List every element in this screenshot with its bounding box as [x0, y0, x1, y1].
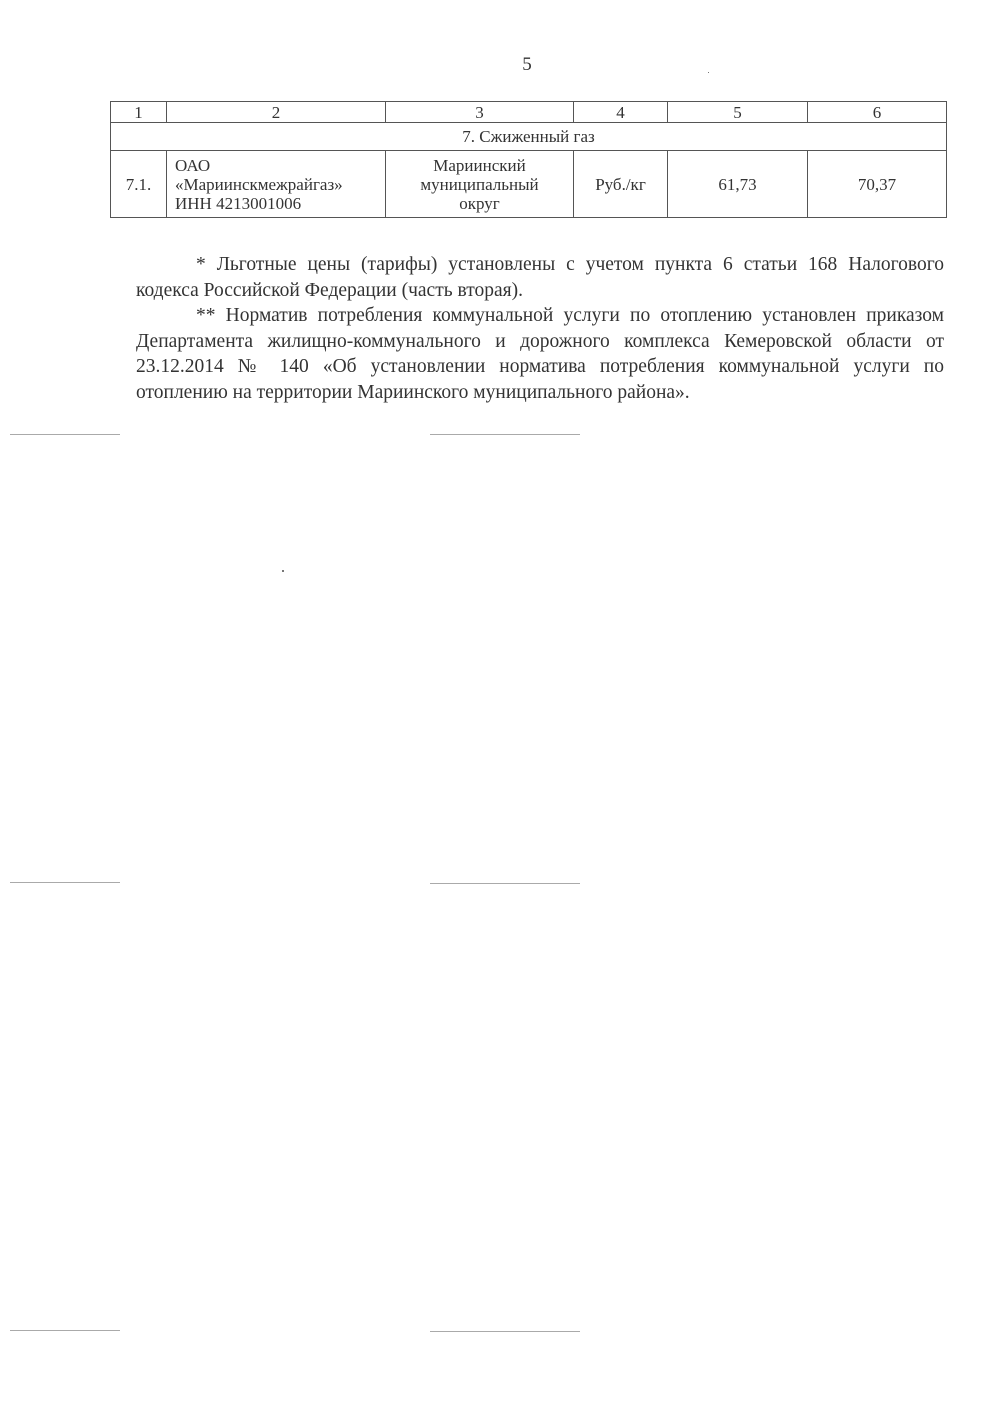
page-number: 5 [0, 54, 992, 76]
section-title: 7. Сжиженный газ [111, 123, 947, 151]
price-2-cell: 70,37 [808, 151, 947, 218]
scan-artifact-line [430, 883, 580, 884]
scan-artifact-line [430, 434, 580, 435]
territory-line-2: муниципальный [388, 175, 571, 194]
unit-cell: Руб./кг [574, 151, 668, 218]
tariff-table: 1 2 3 4 5 6 7. Сжиженный газ 7.1. ОАО «М… [110, 101, 947, 218]
table-section-row: 7. Сжиженный газ [111, 123, 947, 151]
footnote-2: ** Норматив потребления коммунальной усл… [136, 303, 944, 405]
scan-artifact-line [10, 1330, 120, 1331]
scan-artifact-dot [708, 72, 709, 73]
organization-type: ОАО [175, 156, 383, 175]
scan-artifact-dot [282, 570, 284, 572]
column-number-5: 5 [668, 102, 808, 123]
organization-cell: ОАО «Мариинскмежрайгаз» ИНН 4213001006 [167, 151, 386, 218]
scan-artifact-line [10, 882, 120, 883]
territory-line-1: Мариинский [388, 156, 571, 175]
territory-line-3: округ [388, 194, 571, 213]
footnotes: * Льготные цены (тарифы) установлены с у… [136, 252, 944, 405]
column-number-6: 6 [808, 102, 947, 123]
column-number-4: 4 [574, 102, 668, 123]
table-header-row: 1 2 3 4 5 6 [111, 102, 947, 123]
column-number-2: 2 [167, 102, 386, 123]
table-row: 7.1. ОАО «Мариинскмежрайгаз» ИНН 4213001… [111, 151, 947, 218]
price-1-cell: 61,73 [668, 151, 808, 218]
organization-name: «Мариинскмежрайгаз» [175, 175, 383, 194]
scan-artifact-line [10, 434, 120, 435]
territory-cell: Мариинский муниципальный округ [386, 151, 574, 218]
column-number-3: 3 [386, 102, 574, 123]
footnote-1: * Льготные цены (тарифы) установлены с у… [136, 252, 944, 303]
column-number-1: 1 [111, 102, 167, 123]
row-number: 7.1. [111, 151, 167, 218]
scan-artifact-line [430, 1331, 580, 1332]
organization-inn: ИНН 4213001006 [175, 194, 383, 213]
